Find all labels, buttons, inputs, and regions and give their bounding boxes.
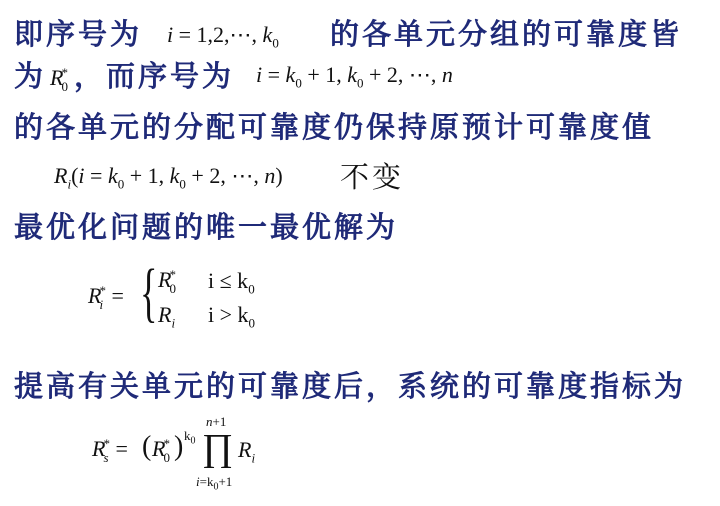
- line4-suffix: 不变: [340, 163, 404, 192]
- line6: 提高有关单元的可靠度后，系统的可靠度指标为: [14, 372, 686, 401]
- line3: 的各单元的分配可靠度仍保持原预计可靠度值: [14, 113, 654, 142]
- line1-suffix: 的各单元分组的可靠度皆: [330, 20, 682, 49]
- system-reliability-formula: R*s = ( R*0 ) k0 n+1 ∏ i=k0+1 Ri: [92, 415, 312, 495]
- line2-prefix: 为: [14, 62, 46, 91]
- line5: 最优化问题的唯一最优解为: [14, 213, 398, 242]
- line1-prefix: 即序号为: [14, 20, 142, 49]
- line2-math: i = k0 + 1, k0 + 2, ⋯, n: [256, 64, 453, 86]
- line2-r0star: R*0: [50, 66, 68, 94]
- line2-mid: ，而序号为: [74, 62, 234, 91]
- line4-math: Ri(i = k0 + 1, k0 + 2, ⋯, n): [54, 165, 283, 187]
- line1-math: i = 1,2,⋯, k0: [167, 24, 279, 46]
- piecewise-formula: R*i = { R*0 i ≤ k0 Ri i > k0: [88, 262, 328, 334]
